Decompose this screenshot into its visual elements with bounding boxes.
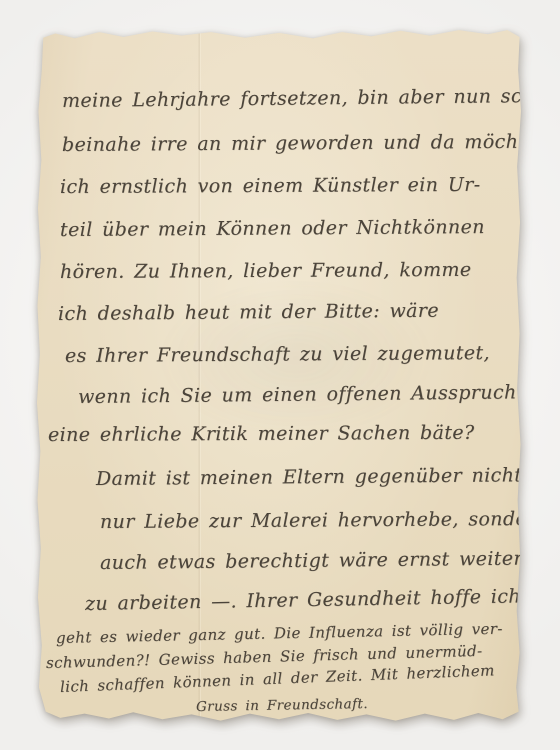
handwritten-line: meine Lehrjahre fortsetzen, bin aber nun… — [62, 85, 559, 112]
handwritten-line: es Ihrer Freundschaft zu viel zugemutet, — [65, 342, 490, 367]
scan-background: meine Lehrjahre fortsetzen, bin aber nun… — [0, 0, 560, 750]
handwritten-line: Damit ist meinen Eltern gegenüber nicht — [96, 464, 523, 490]
letter-paper: meine Lehrjahre fortsetzen, bin aber nun… — [36, 28, 522, 722]
handwritten-line: teil über mein Können oder Nichtkönnen — [60, 216, 485, 241]
handwritten-line: eine ehrliche Kritik meiner Sachen bäte? — [48, 422, 475, 446]
handwritten-line: wenn ich Sie um einen offenen Ausspruch — [78, 381, 517, 408]
handwritten-line: ich deshalb heut mit der Bitte: wäre — [58, 300, 439, 325]
handwritten-line: hören. Zu Ihnen, lieber Freund, komme — [60, 259, 472, 283]
handwritten-line: beinahe irre an mir geworden und da möch… — [62, 131, 538, 156]
handwritten-line: auch etwas berechtigt wäre ernst weiter — [100, 548, 523, 574]
handwritten-line: zu arbeiten —. Ihrer Gesundheit hoffe ic… — [85, 585, 521, 615]
handwritten-signoff: Gruss in Freundschaft. — [196, 696, 368, 715]
handwritten-line: ich ernstlich von einem Künstler ein Ur- — [60, 174, 481, 198]
handwritten-line: nur Liebe zur Malerei hervorhebe, sonder… — [100, 508, 549, 533]
letter-paper-wrapper: meine Lehrjahre fortsetzen, bin aber nun… — [36, 28, 522, 722]
handwritten-text: meine Lehrjahre fortsetzen, bin aber nun… — [36, 28, 522, 722]
